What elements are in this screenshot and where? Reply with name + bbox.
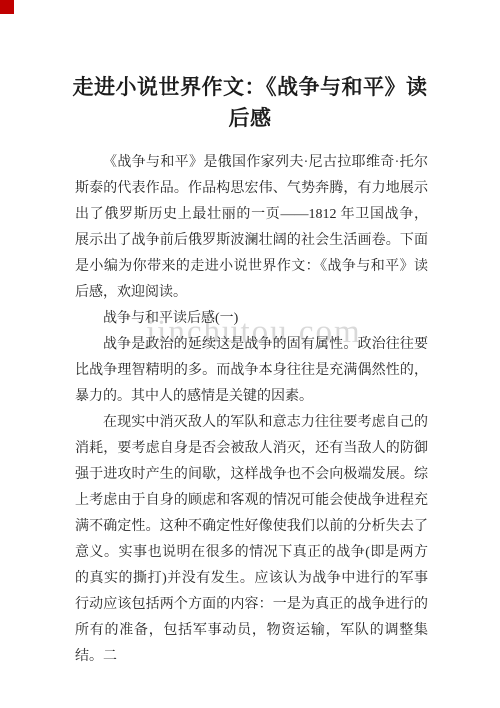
page-title-line-1: 走进小说世界作文：《战争与和平》读	[0, 72, 500, 103]
page-title: 走进小说世界作文：《战争与和平》读 后感	[0, 72, 500, 134]
paragraph-body-2: 在现实中消灭敌人的军队和意志力往往要考虑自己的消耗，要考虑自身是否会被敌人消灭，…	[75, 410, 428, 670]
red-corner-marker	[0, 0, 14, 14]
page-title-line-2: 后感	[0, 103, 500, 134]
paragraph-body-1: 战争是政治的延续这是战争的固有属性。政治往往要比战争理智精明的多。而战争本身往往…	[75, 332, 428, 410]
paragraph-intro: 《战争与和平》是俄国作家列夫·尼古拉耶维奇·托尔斯泰的代表作品。作品构思宏伟、气…	[75, 150, 428, 306]
paragraph-section-heading: 战争与和平读后感(一)	[75, 306, 428, 332]
document-body: 《战争与和平》是俄国作家列夫·尼古拉耶维奇·托尔斯泰的代表作品。作品构思宏伟、气…	[75, 150, 428, 670]
